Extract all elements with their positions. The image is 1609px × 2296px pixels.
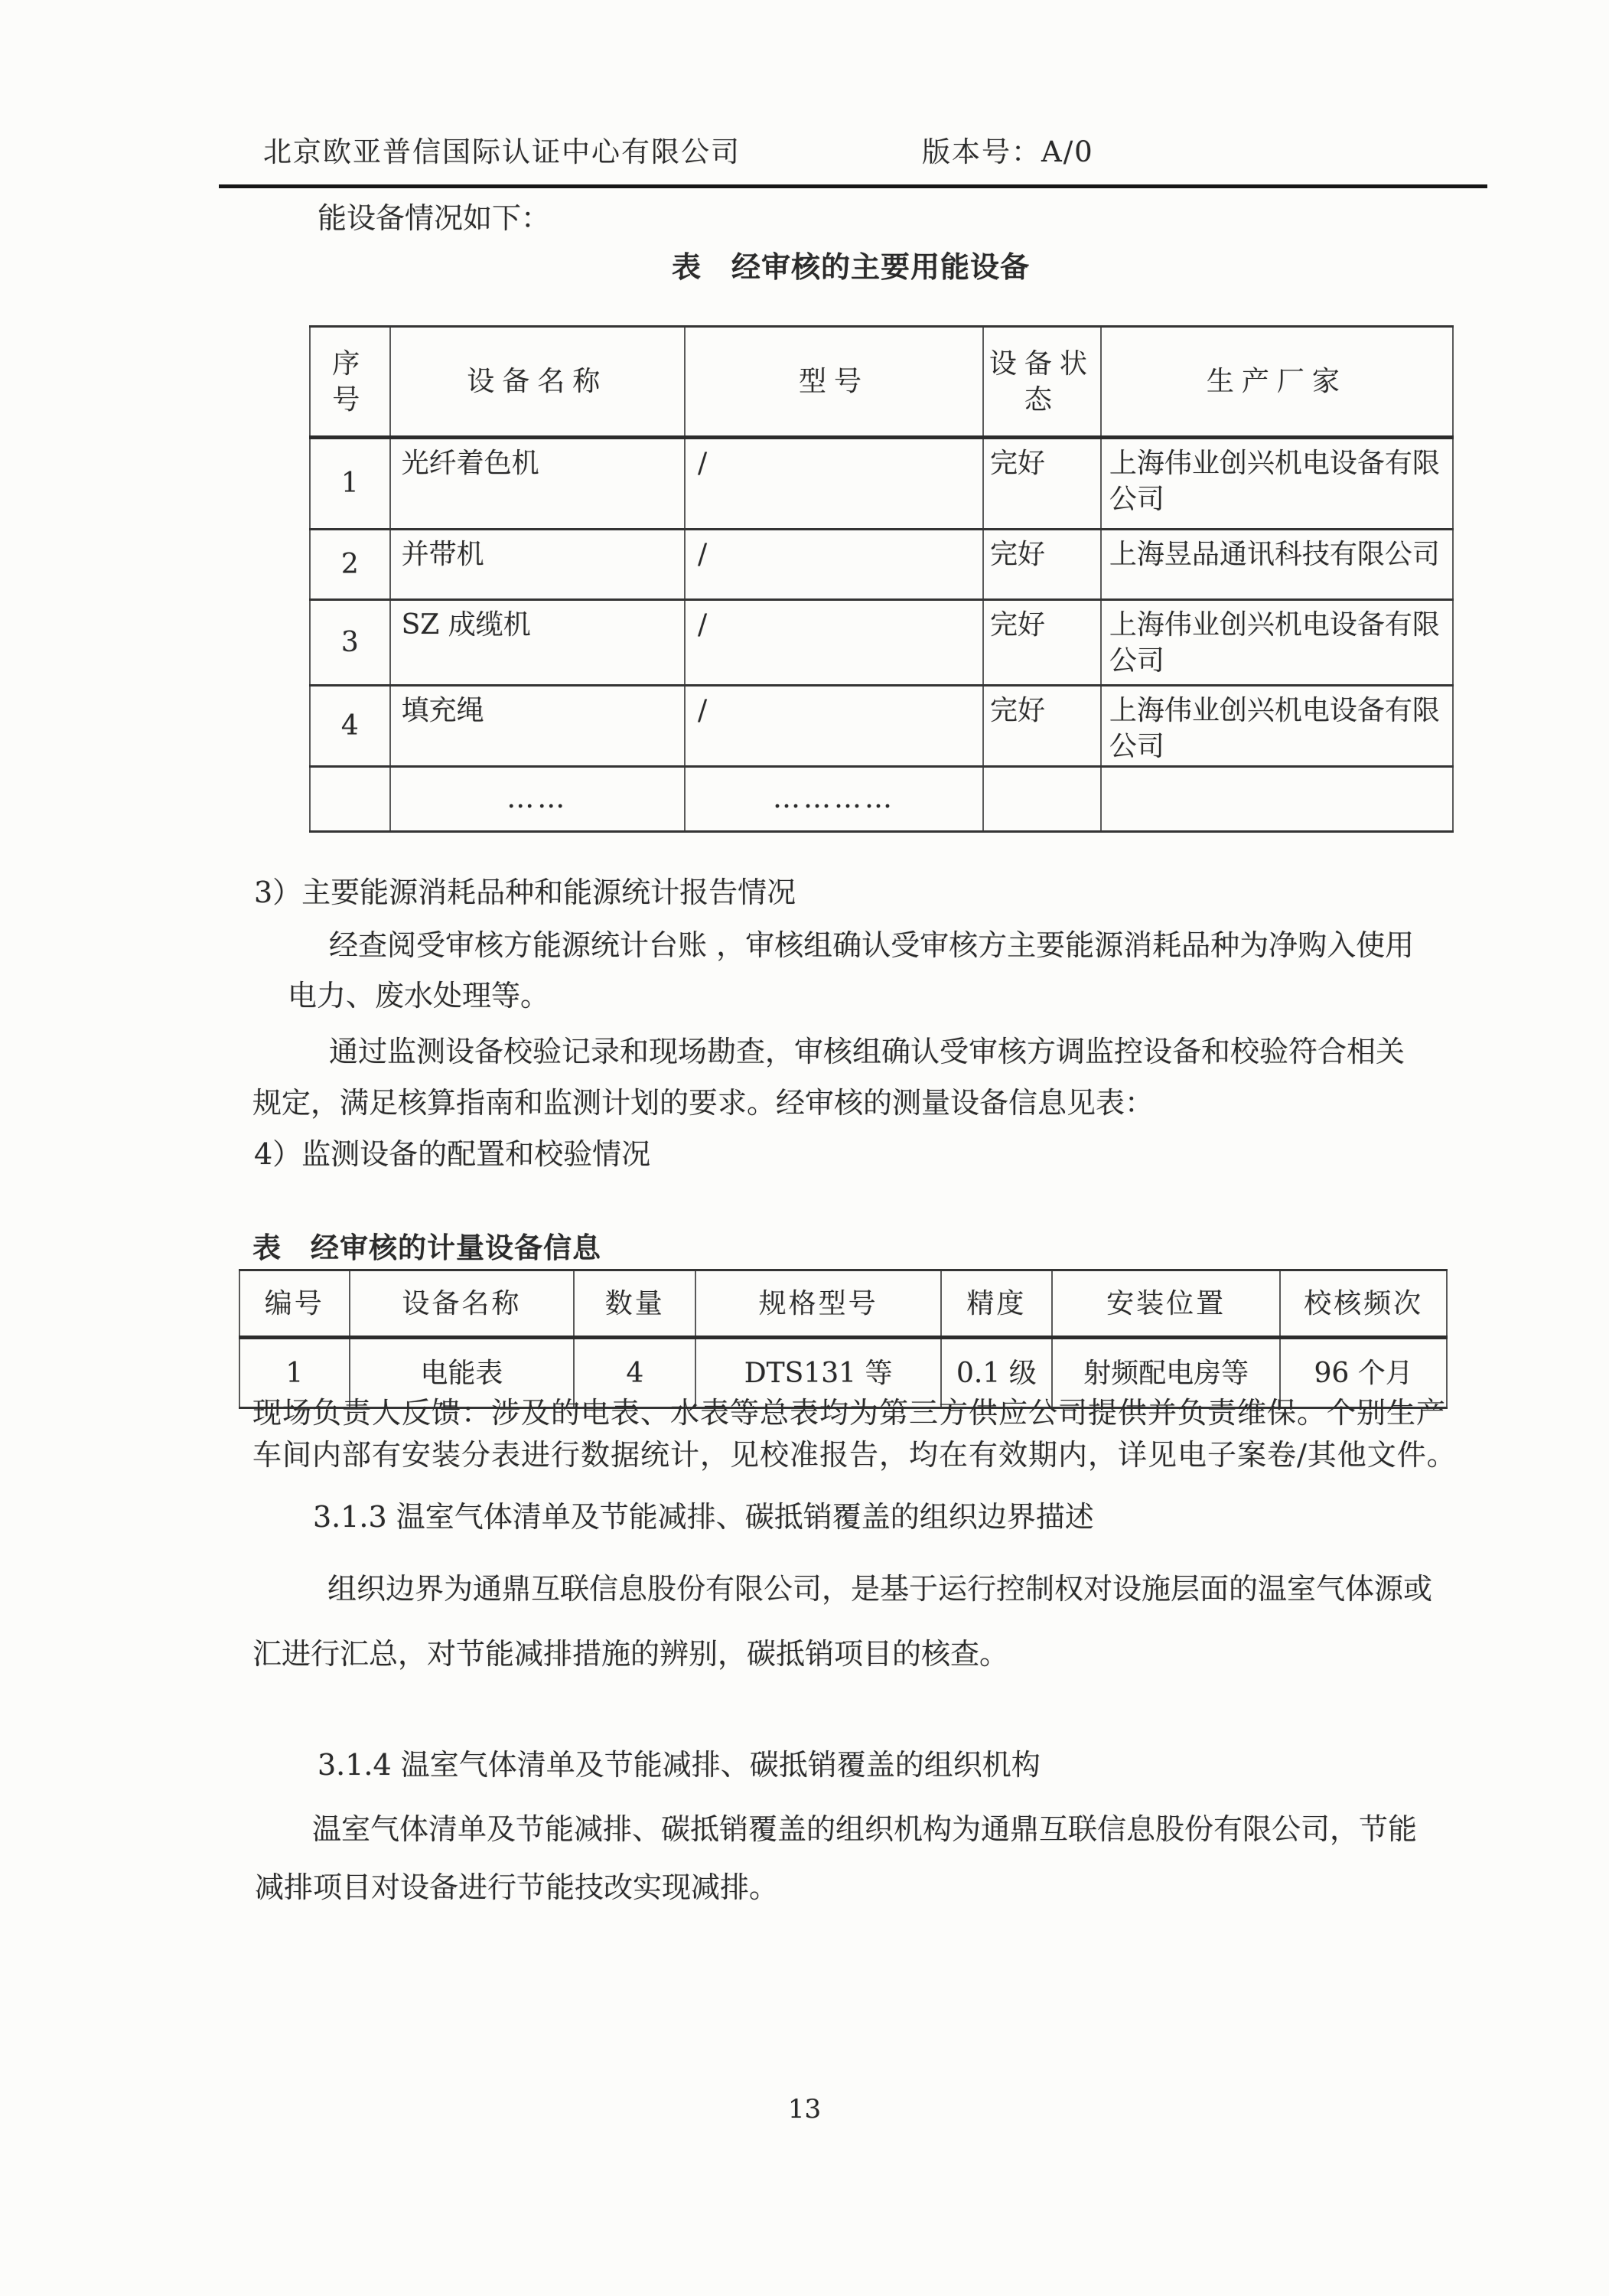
table1-title: 表 经审核的主要用能设备	[672, 243, 1030, 285]
cell-status: 完好	[983, 530, 1101, 600]
cell-name: 填充绳	[390, 686, 685, 767]
table-row: 3 SZ 成缆机 / 完好 上海伟业创兴机电设备有限公司	[310, 600, 1453, 686]
section3-paragraph-line4: 规定，满足核算指南和监测计划的要求。经审核的测量设备信息见表：	[252, 1085, 1154, 1120]
cell-model-ellipsis: …………	[685, 767, 983, 832]
table-row: 2 并带机 / 完好 上海昱品通讯科技有限公司	[310, 530, 1453, 600]
cell-status	[983, 767, 1101, 832]
table-row-ellipsis: …… …………	[310, 767, 1453, 832]
table1-col-manufacturer: 生产厂家	[1101, 327, 1453, 438]
cell-manufacturer: 上海昱品通讯科技有限公司	[1101, 530, 1453, 600]
table2-col-frequency: 校核频次	[1280, 1270, 1447, 1338]
cell-model: /	[685, 530, 983, 600]
header-version-label: 版本号：A/0	[922, 129, 1094, 170]
cell-no: 1	[310, 438, 390, 530]
table1-col-model: 型号	[685, 327, 983, 438]
cell-name-ellipsis: ……	[390, 767, 685, 832]
section3-paragraph-line2: 电力、废水处理等。	[288, 978, 549, 1013]
page-number: 13	[0, 2094, 1609, 2125]
table-row: 4 填充绳 / 完好 上海伟业创兴机电设备有限公司	[310, 686, 1453, 767]
cell-model: /	[685, 600, 983, 686]
cell-status: 完好	[983, 438, 1101, 530]
cell-name: SZ 成缆机	[390, 600, 685, 686]
table2: 编号 设备名称 数量 规格型号 精度 安装位置 校核频次 1 电能表 4 DTS…	[239, 1269, 1448, 1409]
section4-heading: 4）监测设备的配置和校验情况	[254, 1137, 650, 1172]
table1: 序 号 设备名称 型号 设备状 态 生产厂家 1 光纤着色机 / 完好 上海伟业…	[309, 325, 1454, 833]
cell-manufacturer: 上海伟业创兴机电设备有限公司	[1101, 600, 1453, 686]
table2-col-location: 安装位置	[1052, 1270, 1280, 1338]
cell-name: 并带机	[390, 530, 685, 600]
site-feedback-line2: 车间内部有安装分表进行数据统计，见校准报告，均在有效期内，详见电子案卷/其他文件…	[252, 1437, 1457, 1473]
cell-no: 4	[310, 686, 390, 767]
cell-no: 3	[310, 600, 390, 686]
table1-header-row: 序 号 设备名称 型号 设备状 态 生产厂家	[310, 327, 1453, 438]
section-313-line2: 汇进行汇总，对节能减排措施的辨别，碳抵销项目的核查。	[252, 1636, 1008, 1671]
table2-col-precision: 精度	[941, 1270, 1052, 1338]
section-314-heading: 3.1.4 温室气体清单及节能减排、碳抵销覆盖的组织机构	[318, 1747, 1041, 1782]
cell-name: 光纤着色机	[390, 438, 685, 530]
table2-header-row: 编号 设备名称 数量 规格型号 精度 安装位置 校核频次	[239, 1270, 1447, 1338]
section3-paragraph-line3: 通过监测设备校验记录和现场勘查，审核组确认受审核方调监控设备和校验符合相关	[329, 1034, 1405, 1069]
section-314-line2: 减排项目对设备进行节能技改实现减排。	[255, 1870, 778, 1905]
cell-model: /	[685, 686, 983, 767]
section3-heading: 3）主要能源消耗品种和能源统计报告情况	[254, 875, 796, 910]
table1-col-no: 序 号	[310, 327, 390, 438]
table2-col-spec: 规格型号	[695, 1270, 940, 1338]
section3-paragraph-line1: 经查阅受审核方能源统计台账 ，审核组确认受审核方主要能源消耗品种为净购入使用	[329, 928, 1414, 963]
table2-col-no: 编号	[239, 1270, 350, 1338]
header-company-name: 北京欧亚普信国际认证中心有限公司	[263, 129, 741, 170]
section-314-line1: 温室气体清单及节能减排、碳抵销覆盖的组织机构为通鼎互联信息股份有限公司，节能	[312, 1812, 1417, 1847]
table-row: 1 光纤着色机 / 完好 上海伟业创兴机电设备有限公司	[310, 438, 1453, 530]
cell-status: 完好	[983, 686, 1101, 767]
table2-col-name: 设备名称	[350, 1270, 575, 1338]
table2-col-qty: 数量	[574, 1270, 695, 1338]
table1-col-name: 设备名称	[390, 327, 685, 438]
section-313-line1: 组织边界为通鼎互联信息股份有限公司，是基于运行控制权对设施层面的温室气体源或	[327, 1571, 1432, 1606]
cell-model: /	[685, 438, 983, 530]
table-metering-equipment: 编号 设备名称 数量 规格型号 精度 安装位置 校核频次 1 电能表 4 DTS…	[239, 1269, 1448, 1409]
section-313-heading: 3.1.3 温室气体清单及节能减排、碳抵销覆盖的组织边界描述	[313, 1499, 1094, 1534]
cell-manufacturer	[1101, 767, 1453, 832]
table1-col-status: 设备状 态	[983, 327, 1101, 438]
scanned-document-page: 北京欧亚普信国际认证中心有限公司 版本号：A/0 能设备情况如下： 表 经审核的…	[0, 0, 1609, 2296]
cell-manufacturer: 上海伟业创兴机电设备有限公司	[1101, 438, 1453, 530]
table2-title: 表 经审核的计量设备信息	[252, 1225, 601, 1266]
intro-line: 能设备情况如下：	[318, 201, 550, 236]
table-main-energy-equipment: 序 号 设备名称 型号 设备状 态 生产厂家 1 光纤着色机 / 完好 上海伟业…	[309, 325, 1454, 833]
site-feedback-line1: 现场负责人反馈：涉及的电表、水表等总表均为第三方供应公司提供并负责维保。个别生产	[252, 1395, 1446, 1430]
cell-no	[310, 767, 390, 832]
cell-no: 2	[310, 530, 390, 600]
header-divider-rule	[219, 184, 1487, 188]
cell-manufacturer: 上海伟业创兴机电设备有限公司	[1101, 686, 1453, 767]
cell-status: 完好	[983, 600, 1101, 686]
